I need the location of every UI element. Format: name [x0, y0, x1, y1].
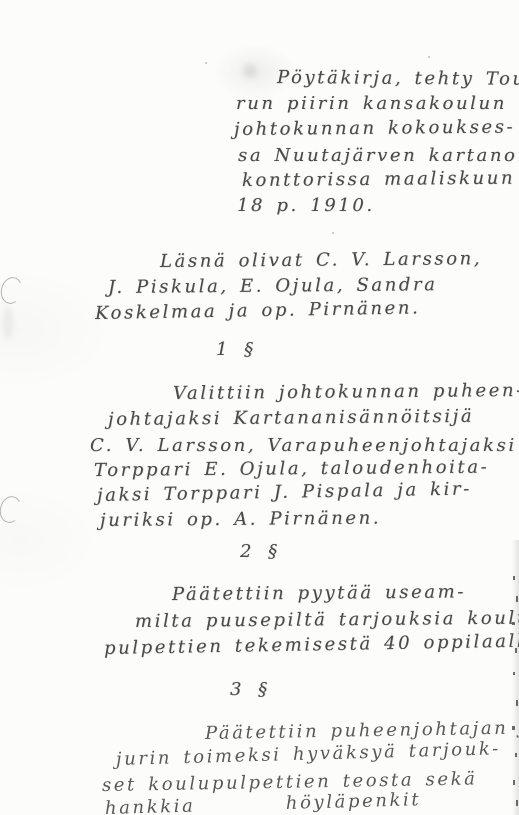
scan-speckle: [515, 753, 517, 757]
heading-line-6: 18 p. 1910.: [237, 196, 375, 216]
section-1-marker: 1 §: [216, 340, 257, 360]
punch-hole-upper: [0, 275, 25, 306]
scanned-document-page: Pöytäkirja, tehty Tou- run piirin kansak…: [0, 0, 519, 815]
attendees-line-2: J. Piskula, E. Ojula, Sandra: [108, 275, 438, 298]
scan-dot: [332, 232, 334, 234]
section-2-line-3: pulpettien tekemisestä 40 oppilaalle.: [104, 631, 519, 659]
scan-speckle: [513, 672, 515, 675]
scan-smudge: [3, 306, 13, 340]
scan-smudge: [243, 64, 257, 78]
scan-speckle: [516, 800, 518, 806]
scan-speckle: [513, 576, 515, 580]
attendees-line-1: Läsnä olivat C. V. Larsson,: [160, 249, 482, 272]
scan-speckle: [513, 780, 515, 785]
heading-line-2: run piirin kansakoulun: [236, 94, 507, 114]
section-3-line-2: jurin toimeksi hyväksyä tarjouk-: [116, 739, 501, 770]
section-1-line-1: Valittiin johtokunnan puheen-: [173, 381, 519, 404]
section-2-line-1: Päätettiin pyytää useam-: [172, 582, 466, 605]
attendees-line-3: Koskelmaa ja op. Pirnänen.: [95, 298, 421, 324]
section-2-marker: 2 §: [240, 542, 281, 562]
scan-edge-shadow: [512, 540, 519, 815]
scan-speckle: [516, 700, 518, 706]
section-3-marker: 3 §: [230, 680, 271, 700]
scan-dot: [205, 62, 207, 64]
section-1-line-3: C. V. Larsson, Varapuheenjohtajaksi: [90, 436, 517, 456]
section-2-line-2: milta puusepiltä tarjouksia koulu-: [135, 608, 519, 632]
heading-line-4: sa Nuutajärven kartanon: [238, 146, 519, 166]
heading-line-3: johtokunnan kokoukses-: [234, 118, 515, 140]
scan-dot: [428, 56, 430, 58]
section-1-line-2: johtajaksi Kartananisännöitsijä: [108, 407, 474, 430]
heading-line-1: Pöytäkirja, tehty Tou-: [277, 68, 519, 90]
punch-hole-lower: [0, 494, 24, 525]
section-1-line-4: Torppari E. Ojula, taloudenhoita-: [94, 458, 489, 481]
section-1-line-6: juriksi op. A. Pirnänen.: [100, 509, 381, 531]
heading-line-5: konttorissa maaliskuun: [242, 169, 515, 191]
scan-speckle: [516, 596, 518, 602]
section-1-line-5: jaksi Torppari J. Pispala ja kir-: [97, 479, 472, 506]
